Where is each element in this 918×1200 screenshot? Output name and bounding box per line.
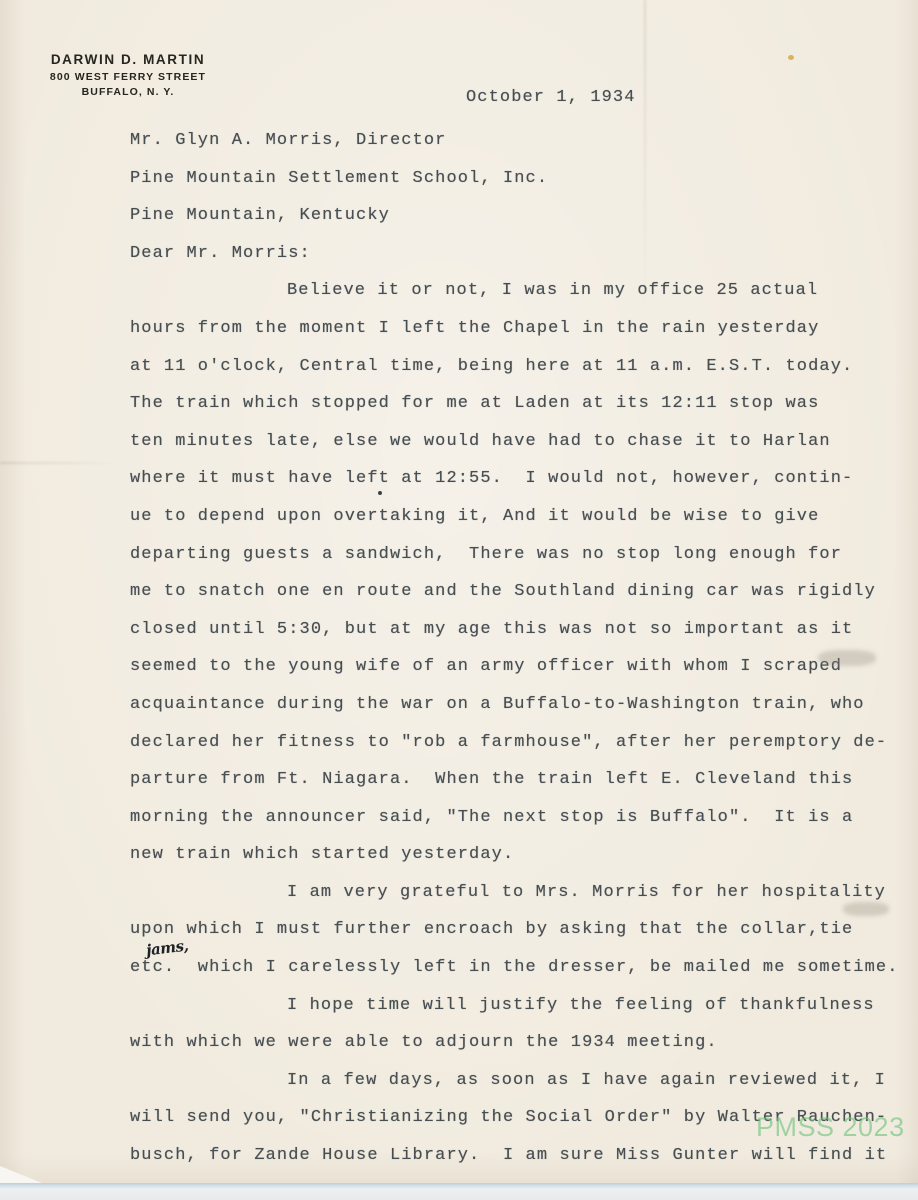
body-line: upon which I must further encroach by as… <box>130 911 910 949</box>
body-line: The train which stopped for me at Laden … <box>130 385 910 423</box>
body-line: with which we were able to adjourn the 1… <box>130 1024 910 1062</box>
letterhead: DARWIN D. MARTIN 800 WEST FERRY STREET B… <box>44 52 212 98</box>
letter-paper: DARWIN D. MARTIN 800 WEST FERRY STREET B… <box>0 0 918 1183</box>
body-line: parture from Ft. Niagara. When the train… <box>130 761 910 799</box>
body-line: ue to depend upon overtaking it, And it … <box>130 498 910 536</box>
body-line: In a few days, as soon as I have again r… <box>130 1062 910 1100</box>
letter-date: October 1, 1934 <box>466 88 636 107</box>
body-line: declared her fitness to "rob a farmhouse… <box>130 724 910 762</box>
body-line: at 11 o'clock, Central time, being here … <box>130 348 910 386</box>
scan-background-edge <box>0 1183 918 1200</box>
recipient-line: Mr. Glyn A. Morris, Director <box>130 122 910 160</box>
body-line: ten minutes late, else we would have had… <box>130 423 910 461</box>
letterhead-name: DARWIN D. MARTIN <box>44 52 212 67</box>
body-line: acquaintance during the war on a Buffalo… <box>130 686 910 724</box>
body-line: etc. which I carelessly left in the dres… <box>130 949 910 987</box>
archive-watermark: PMSS 2023 <box>756 1112 905 1143</box>
letterhead-street: 800 WEST FERRY STREET <box>44 71 212 83</box>
body-line: hours from the moment I left the Chapel … <box>130 310 910 348</box>
erasure-smudge-tie <box>843 902 889 916</box>
body-line: seemed to the young wife of an army offi… <box>130 648 910 686</box>
body-line: new train which started yesterday. <box>130 836 910 874</box>
body-line: me to snatch one en route and the Southl… <box>130 573 910 611</box>
body-line: I am very grateful to Mrs. Morris for he… <box>130 874 910 912</box>
paper-corner-fold <box>0 1166 42 1183</box>
body-line: Believe it or not, I was in my office 25… <box>130 272 910 310</box>
erasure-smudge-scraped <box>818 650 876 666</box>
recipient-line: Pine Mountain Settlement School, Inc. <box>130 160 910 198</box>
letter-typed-block: Mr. Glyn A. Morris, DirectorPine Mountai… <box>130 122 910 1175</box>
body-line: departing guests a sandwich, There was n… <box>130 536 910 574</box>
body-line: morning the announcer said, "The next st… <box>130 799 910 837</box>
stray-period-mark <box>378 491 382 495</box>
body-line: I hope time will justify the feeling of … <box>130 987 910 1025</box>
recipient-line: Pine Mountain, Kentucky <box>130 197 910 235</box>
scanned-letter-page: DARWIN D. MARTIN 800 WEST FERRY STREET B… <box>0 0 918 1200</box>
paper-crease-horizontal <box>0 462 120 464</box>
letterhead-city: BUFFALO, N. Y. <box>44 86 212 98</box>
body-line: closed until 5:30, but at my age this wa… <box>130 611 910 649</box>
paper-speck <box>788 55 794 60</box>
salutation: Dear Mr. Morris: <box>130 235 910 273</box>
body-line: where it must have left at 12:55. I woul… <box>130 460 910 498</box>
